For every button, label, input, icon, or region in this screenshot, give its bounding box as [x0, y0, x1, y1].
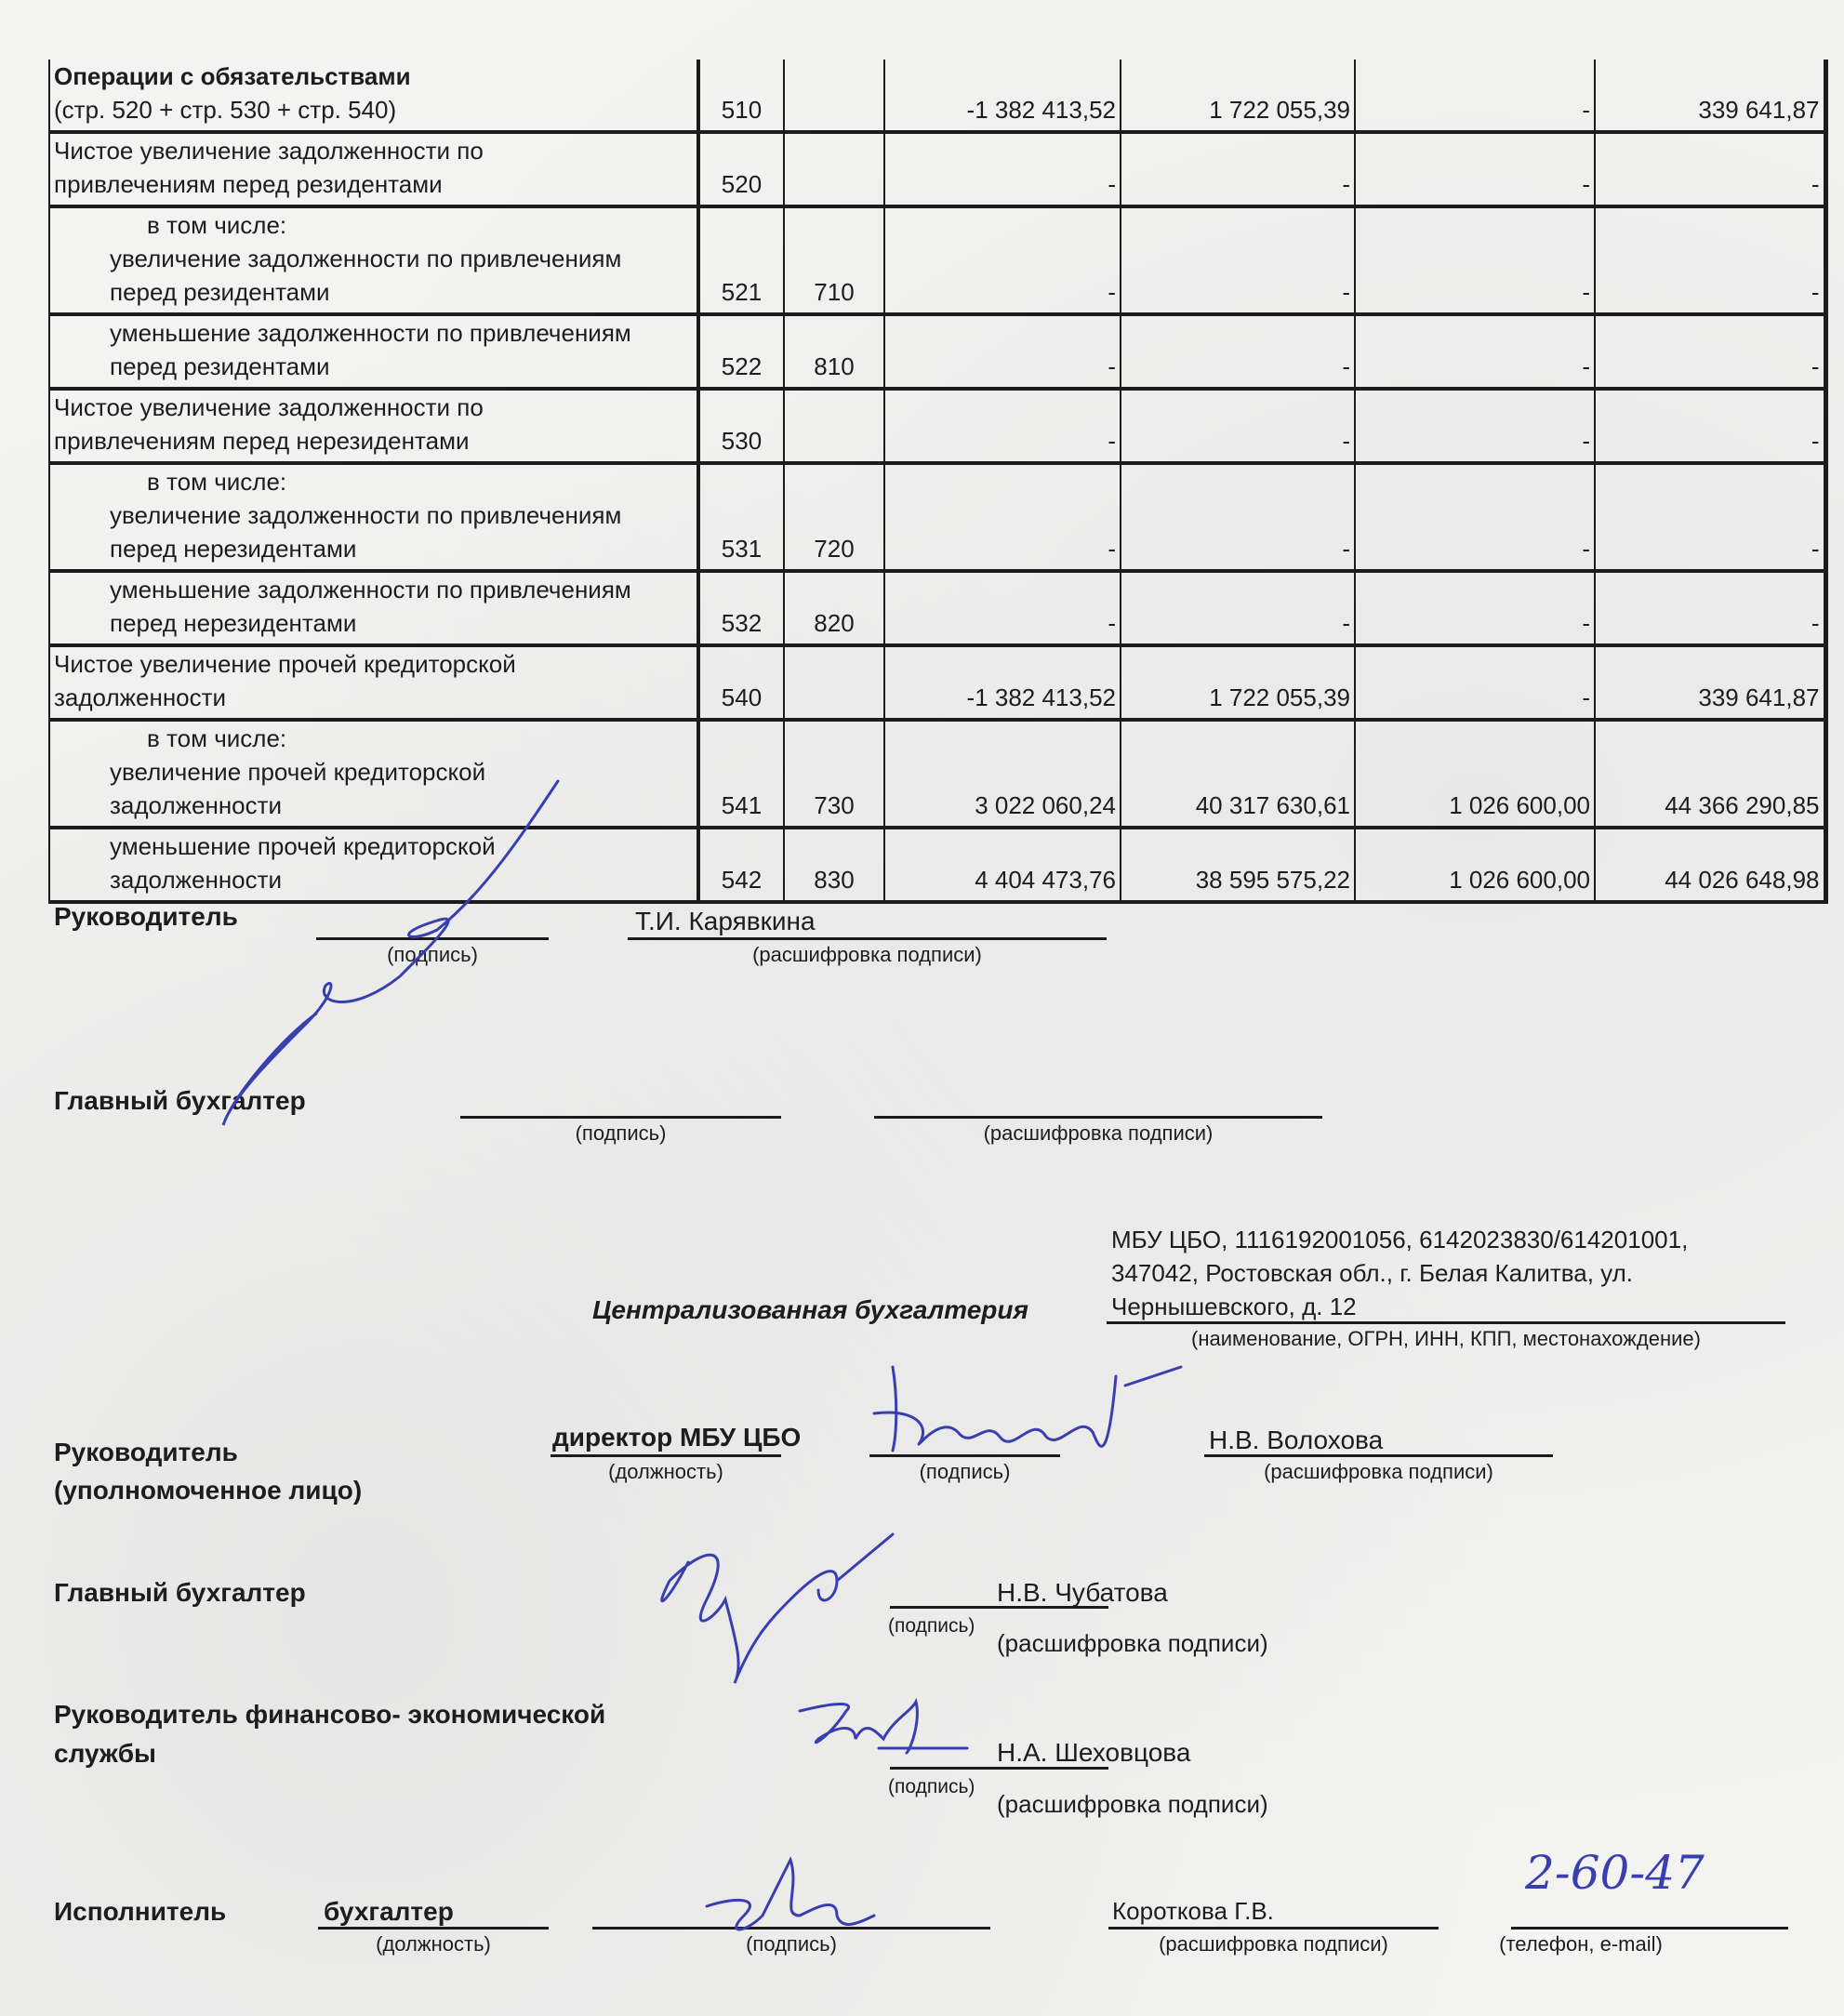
row-description-line: уменьшение прочей кредиторской [54, 829, 693, 863]
row-value-3: 1 026 600,00 [1355, 828, 1595, 902]
row-value-3: - [1355, 314, 1595, 389]
row-value-2: - [1121, 206, 1355, 314]
row-value-3: - [1355, 463, 1595, 571]
row-description-line: привлечениям перед резидентами [54, 167, 693, 201]
executor-name-line [1108, 1927, 1439, 1930]
row-description-line: увеличение задолженности по привлечениям [54, 498, 693, 532]
authorized-name: Н.В. Волохова [1209, 1426, 1383, 1455]
row-description: Чистое увеличение прочей кредиторскойзад… [49, 645, 698, 720]
row-description-line: перед резидентами [54, 275, 693, 309]
central-org-line-2: 347042, Ростовская обл., г. Белая Калитв… [1111, 1256, 1688, 1290]
row-value-total: 44 026 648,98 [1595, 828, 1825, 902]
head-sign-caption: (подпись) [316, 943, 549, 967]
finance-head-name-caption: (расшифровка подписи) [997, 1790, 1268, 1819]
row-description-line: задолженности [54, 681, 693, 714]
row-value-2: - [1121, 132, 1355, 206]
row-value-total: - [1595, 463, 1825, 571]
row-description-line: задолженности [54, 863, 693, 896]
row-value-1: - [884, 463, 1121, 571]
row-description-line: Операции с обязательствами [54, 60, 693, 93]
row-kosgu-code: 730 [784, 720, 884, 828]
row-value-3: 1 026 600,00 [1355, 720, 1595, 828]
row-description-line: перед резидентами [54, 350, 693, 383]
authorized-name-line [1204, 1454, 1553, 1457]
row-description-line: Чистое увеличение задолженности по [54, 134, 693, 167]
authorized-position: директор МБУ ЦБО [552, 1423, 801, 1452]
row-value-2: - [1121, 571, 1355, 645]
executor-sign-caption: (подпись) [592, 1932, 990, 1956]
table-row: уменьшение задолженности по привлечениям… [49, 571, 1825, 645]
row-value-3: - [1355, 206, 1595, 314]
chief-accountant-2-label: Главный бухгалтер [54, 1578, 306, 1608]
row-description-line: задолженности [54, 789, 693, 822]
table-row: в том числе:увеличение задолженности по … [49, 206, 1825, 314]
row-kosgu-code [784, 645, 884, 720]
row-line-code: 521 [698, 206, 784, 314]
finance-head-sign-caption: (подпись) [888, 1776, 975, 1798]
executor-position: бухгалтер [324, 1897, 454, 1927]
table-row: Чистое увеличение задолженности попривле… [49, 132, 1825, 206]
row-description-line: Чистое увеличение задолженности по [54, 391, 693, 424]
row-description: в том числе:увеличение задолженности по … [49, 206, 698, 314]
row-value-total: - [1595, 314, 1825, 389]
report-table: Операции с обязательствами(стр. 520 + ст… [48, 60, 1828, 904]
chief-accountant-sign-caption: (подпись) [460, 1121, 781, 1146]
row-value-total: - [1595, 206, 1825, 314]
chief-accountant-2-name-caption: (расшифровка подписи) [997, 1629, 1268, 1658]
authorized-label-1: Руководитель [54, 1438, 238, 1467]
row-value-1: - [884, 206, 1121, 314]
row-kosgu-code [784, 60, 884, 132]
row-value-1: - [884, 571, 1121, 645]
row-value-2: - [1121, 463, 1355, 571]
row-value-total: 339 641,87 [1595, 60, 1825, 132]
row-value-3: - [1355, 60, 1595, 132]
executor-phone: 2-60-47 [1525, 1846, 1705, 1900]
row-kosgu-code [784, 132, 884, 206]
row-value-1: 3 022 060,24 [884, 720, 1121, 828]
row-line-code: 540 [698, 645, 784, 720]
table-row: Чистое увеличение прочей кредиторскойзад… [49, 645, 1825, 720]
row-value-1: 4 404 473,76 [884, 828, 1121, 902]
table-row: уменьшение прочей кредиторскойзадолженно… [49, 828, 1825, 902]
executor-position-caption: (должность) [318, 1932, 549, 1956]
finance-head-label-1: Руководитель финансово- экономической [54, 1700, 605, 1730]
row-line-code: 522 [698, 314, 784, 389]
authorized-label-2: (уполномоченное лицо) [54, 1476, 362, 1505]
row-value-total: 44 366 290,85 [1595, 720, 1825, 828]
row-description: уменьшение прочей кредиторскойзадолженно… [49, 828, 698, 902]
row-description-line: увеличение прочей кредиторской [54, 755, 693, 789]
row-description-line: в том числе: [54, 208, 693, 242]
row-value-total: - [1595, 571, 1825, 645]
row-value-2: - [1121, 389, 1355, 463]
central-org-caption: (наименование, ОГРН, ИНН, КПП, местонахо… [1107, 1327, 1785, 1351]
row-value-1: - [884, 132, 1121, 206]
finance-head-name: Н.А. Шеховцова [997, 1738, 1190, 1768]
row-value-1: -1 382 413,52 [884, 645, 1121, 720]
row-value-3: - [1355, 132, 1595, 206]
row-description: Операции с обязательствами(стр. 520 + ст… [49, 60, 698, 132]
row-description: Чистое увеличение задолженности попривле… [49, 132, 698, 206]
row-line-code: 520 [698, 132, 784, 206]
row-description: в том числе:увеличение задолженности по … [49, 463, 698, 571]
table-row: в том числе:увеличение прочей кредиторск… [49, 720, 1825, 828]
chief-accountant-name-caption: (расшифровка подписи) [874, 1121, 1322, 1146]
finance-head-label-2: службы [54, 1739, 156, 1769]
row-description-line: в том числе: [54, 465, 693, 498]
row-value-2: 1 722 055,39 [1121, 60, 1355, 132]
table-row: Чистое увеличение задолженности попривле… [49, 389, 1825, 463]
chief-accountant-signature-line[interactable] [460, 1116, 781, 1119]
row-kosgu-code [784, 389, 884, 463]
central-label: Централизованная бухгалтерия [592, 1295, 1028, 1325]
central-org-line-1: МБУ ЦБО, 1116192001056, 6142023830/61420… [1111, 1223, 1688, 1256]
chief-accountant-2-name: Н.В. Чубатова [997, 1578, 1168, 1608]
executor-label: Исполнитель [54, 1897, 226, 1927]
executor-name: Короткова Г.В. [1112, 1897, 1274, 1926]
row-description: в том числе:увеличение прочей кредиторск… [49, 720, 698, 828]
chief-accountant-2-sign-caption: (подпись) [888, 1615, 975, 1638]
row-kosgu-code: 810 [784, 314, 884, 389]
executor-position-line [318, 1927, 549, 1930]
row-description-line: уменьшение задолженности по привлечениям [54, 573, 693, 606]
row-description-line: привлечениям перед нерезидентами [54, 424, 693, 458]
row-value-total: 339 641,87 [1595, 645, 1825, 720]
central-org-info: МБУ ЦБО, 1116192001056, 6142023830/61420… [1111, 1223, 1688, 1323]
authorized-name-caption: (расшифровка подписи) [1204, 1460, 1553, 1484]
chief-accountant-label: Главный бухгалтер [54, 1086, 306, 1116]
row-value-1: -1 382 413,52 [884, 60, 1121, 132]
row-value-3: - [1355, 645, 1595, 720]
row-value-total: - [1595, 389, 1825, 463]
row-value-total: - [1595, 132, 1825, 206]
row-kosgu-code: 720 [784, 463, 884, 571]
authorized-sign-caption: (подпись) [869, 1460, 1060, 1484]
row-description-line: перед нерезидентами [54, 606, 693, 640]
row-line-code: 530 [698, 389, 784, 463]
row-line-code: 531 [698, 463, 784, 571]
row-value-2: 1 722 055,39 [1121, 645, 1355, 720]
row-value-2: 38 595 575,22 [1121, 828, 1355, 902]
row-kosgu-code: 820 [784, 571, 884, 645]
head-name-caption: (расшифровка подписи) [628, 943, 1107, 967]
head-name: Т.И. Карявкина [635, 907, 816, 936]
table-row: Операции с обязательствами(стр. 520 + ст… [49, 60, 1825, 132]
central-org-line-3: Чернышевского, д. 12 [1111, 1290, 1688, 1323]
head-signature-line[interactable] [316, 937, 549, 940]
row-description-line: в том числе: [54, 722, 693, 755]
central-org-line [1107, 1321, 1785, 1324]
authorized-position-line [551, 1454, 781, 1457]
row-line-code: 542 [698, 828, 784, 902]
executor-signature-line[interactable] [592, 1927, 990, 1930]
executor-phone-caption: (телефон, e-mail) [1483, 1932, 1678, 1956]
row-description: уменьшение задолженности по привлечениям… [49, 314, 698, 389]
row-line-code: 541 [698, 720, 784, 828]
row-kosgu-code: 830 [784, 828, 884, 902]
row-value-2: - [1121, 314, 1355, 389]
row-line-code: 532 [698, 571, 784, 645]
authorized-position-caption: (должность) [551, 1460, 781, 1484]
head-label: Руководитель [54, 902, 238, 932]
row-line-code: 510 [698, 60, 784, 132]
table-row: в том числе:увеличение задолженности по … [49, 463, 1825, 571]
row-value-1: - [884, 389, 1121, 463]
executor-phone-line [1511, 1927, 1788, 1930]
row-value-3: - [1355, 571, 1595, 645]
row-kosgu-code: 710 [784, 206, 884, 314]
row-value-3: - [1355, 389, 1595, 463]
row-description-line: увеличение задолженности по привлечениям [54, 242, 693, 275]
row-description-line: Чистое увеличение прочей кредиторской [54, 647, 693, 681]
head-name-line [628, 937, 1107, 940]
row-description: уменьшение задолженности по привлечениям… [49, 571, 698, 645]
table-row: уменьшение задолженности по привлечениям… [49, 314, 1825, 389]
row-description-line: (стр. 520 + стр. 530 + стр. 540) [54, 93, 693, 126]
row-value-2: 40 317 630,61 [1121, 720, 1355, 828]
executor-name-caption: (расшифровка подписи) [1108, 1932, 1439, 1956]
authorized-signature-line[interactable] [869, 1454, 1060, 1457]
row-value-1: - [884, 314, 1121, 389]
row-description: Чистое увеличение задолженности попривле… [49, 389, 698, 463]
chief-accountant-name-line[interactable] [874, 1116, 1322, 1119]
row-description-line: уменьшение задолженности по привлечениям [54, 316, 693, 350]
row-description-line: перед нерезидентами [54, 532, 693, 565]
